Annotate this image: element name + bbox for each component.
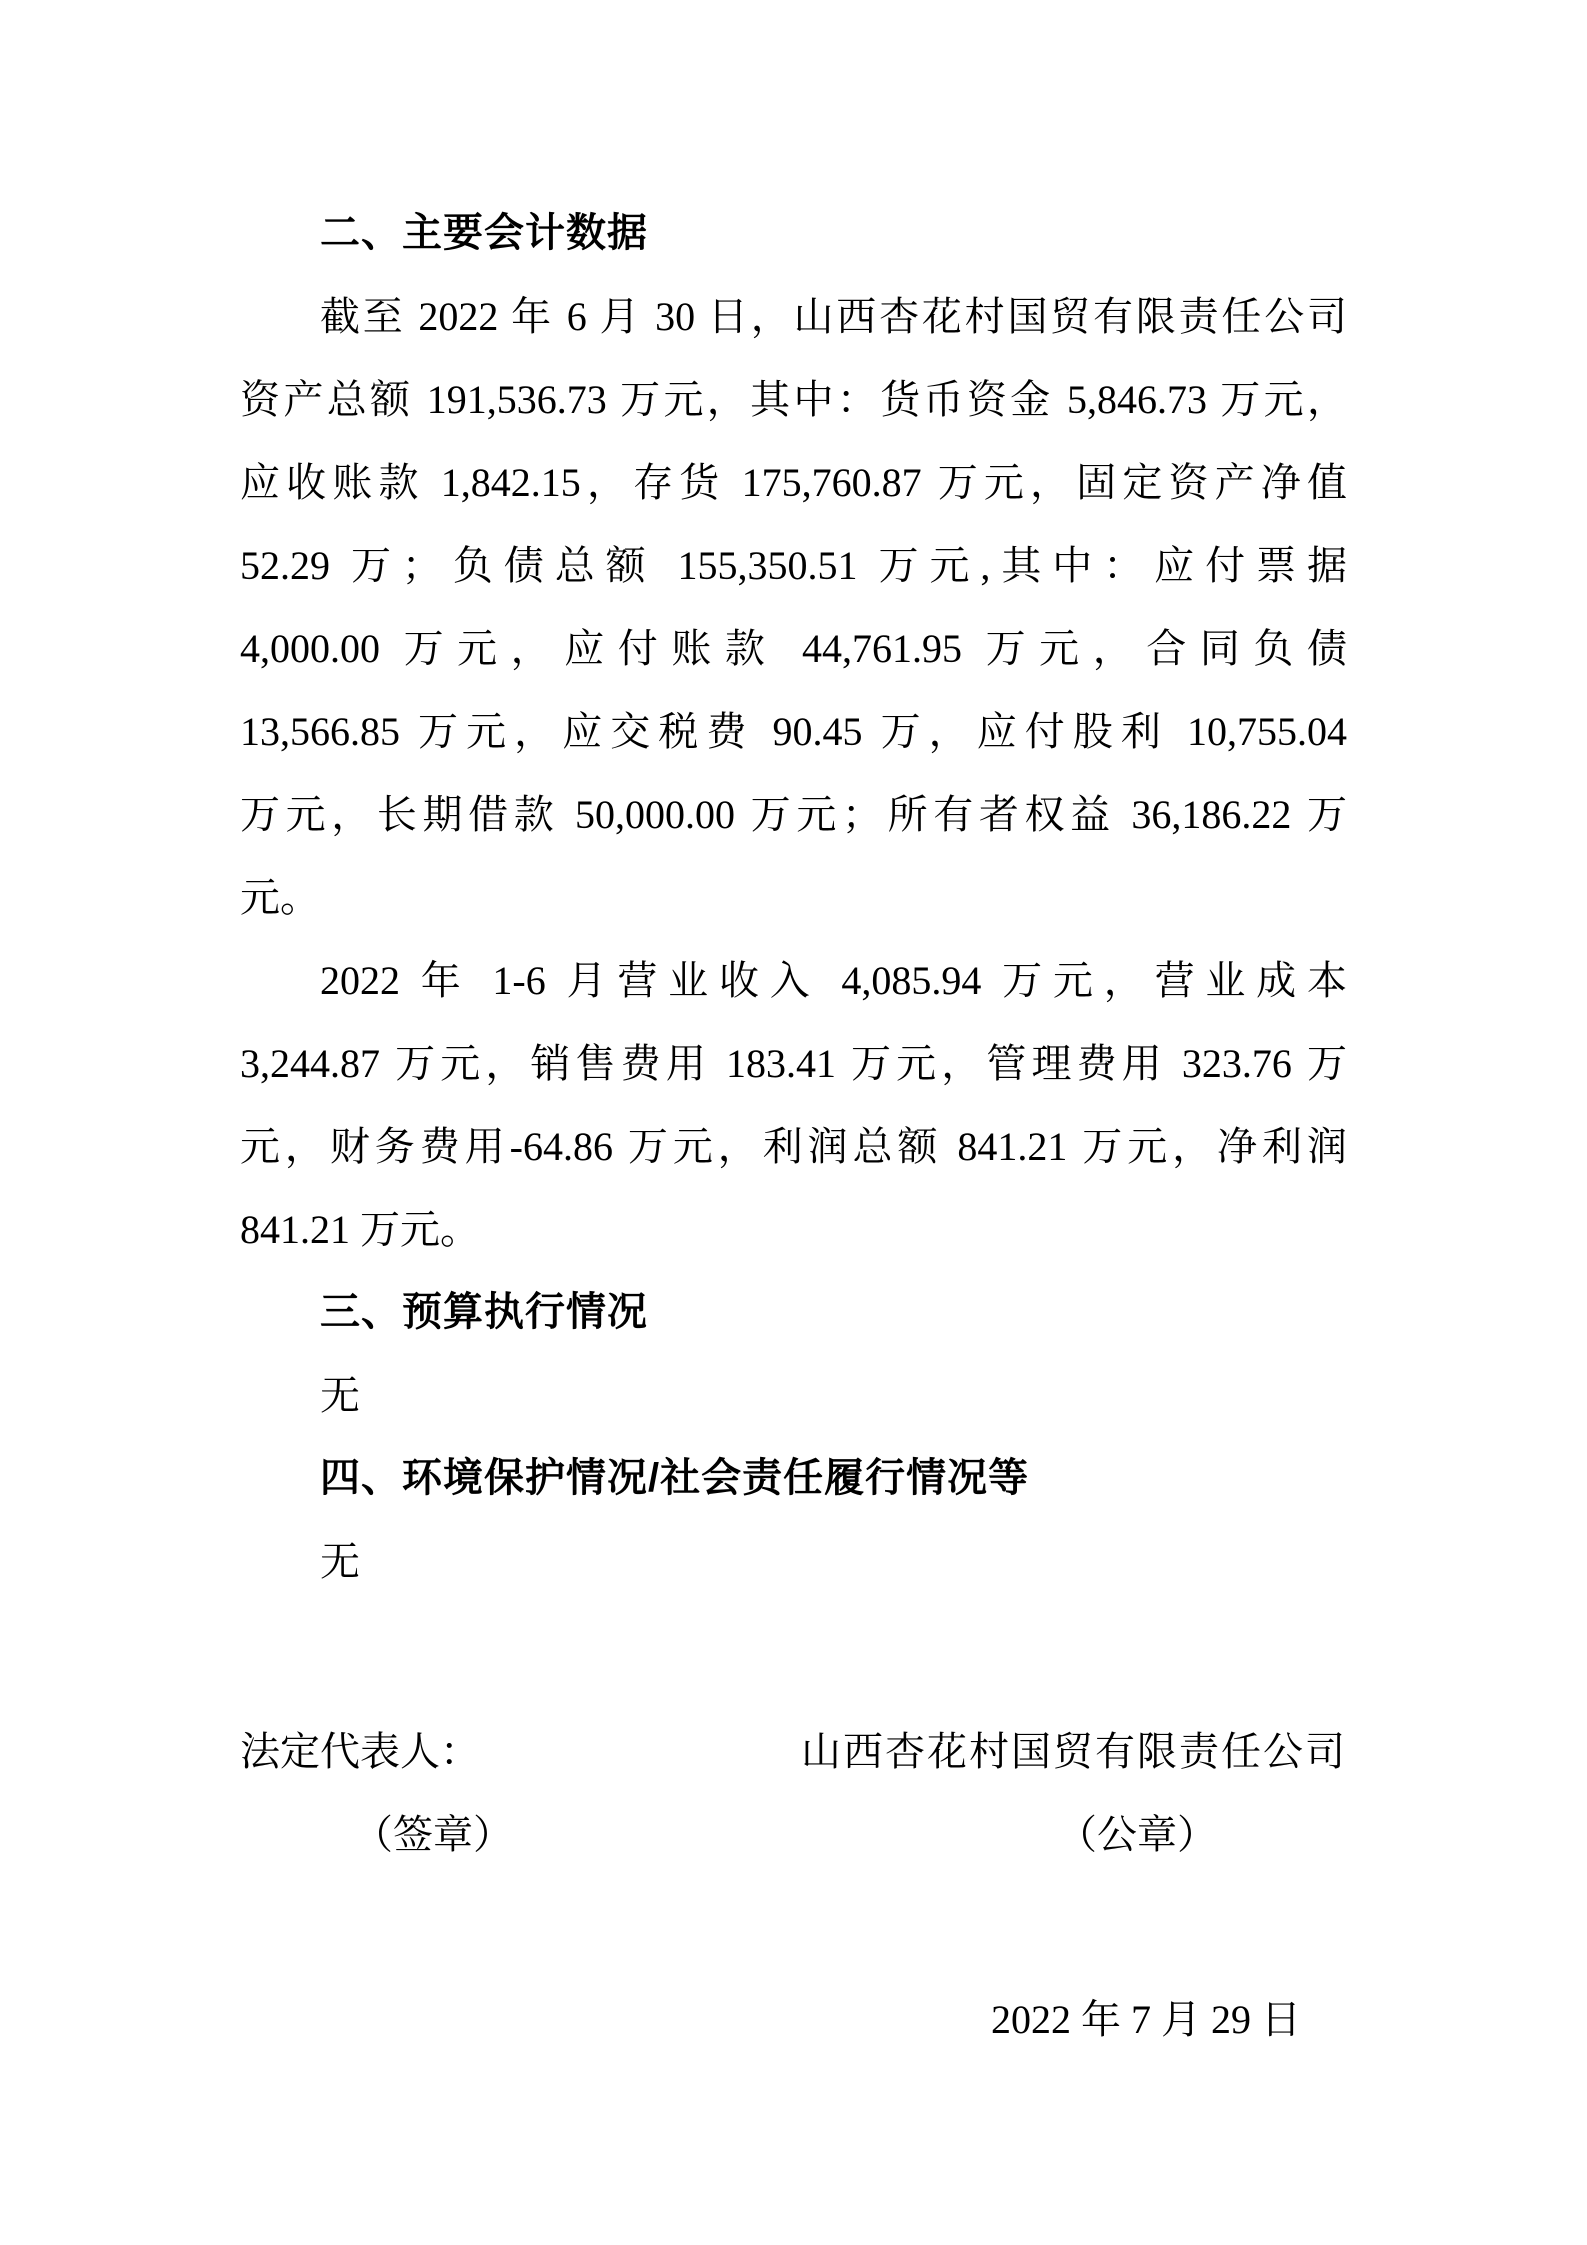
company-name: 山西杏花村国贸有限责任公司 xyxy=(801,1710,1347,1793)
paragraph-line: 资产总额 191,536.73 万元，其中：货币资金 5,846.73 万元， xyxy=(240,358,1347,441)
section-heading-environment-social: 四、环境保护情况/社会责任履行情况等 xyxy=(240,1437,1347,1520)
paragraph-line-none: 无 xyxy=(240,1520,1347,1603)
signature-row: 法定代表人： 山西杏花村国贸有限责任公司 xyxy=(240,1710,1347,1793)
seal-company-label: （公章） xyxy=(1057,1793,1217,1876)
document-body: 二、主要会计数据 截至 2022 年 6 月 30 日，山西杏花村国贸有限责任公… xyxy=(240,192,1347,2061)
section-heading-budget-execution: 三、预算执行情况 xyxy=(240,1271,1347,1354)
paragraph-line: 万元，长期借款 50,000.00 万元；所有者权益 36,186.22 万 xyxy=(240,773,1347,856)
paragraph-line: 3,244.87 万元，销售费用 183.41 万元，管理费用 323.76 万 xyxy=(240,1022,1347,1105)
paragraph-line: 2022 年 1-6 月营业收入 4,085.94 万元，营业成本 xyxy=(240,939,1347,1022)
paragraph-line: 截至 2022 年 6 月 30 日，山西杏花村国贸有限责任公司 xyxy=(240,275,1347,358)
seal-sign-label: （签章） xyxy=(353,1793,513,1876)
paragraph-line: 应收账款 1,842.15，存货 175,760.87 万元，固定资产净值 xyxy=(240,441,1347,524)
report-date: 2022 年 7 月 29 日 xyxy=(240,1978,1347,2061)
paragraph-line: 841.21 万元。 xyxy=(240,1188,1347,1271)
paragraph-line-none: 无 xyxy=(240,1354,1347,1437)
paragraph-line: 52.29 万；负债总额 155,350.51 万元,其中：应付票据 xyxy=(240,524,1347,607)
paragraph-line: 13,566.85 万元，应交税费 90.45 万，应付股利 10,755.04 xyxy=(240,690,1347,773)
paragraph-line: 元，财务费用-64.86 万元，利润总额 841.21 万元，净利润 xyxy=(240,1105,1347,1188)
paragraph-line: 元。 xyxy=(240,856,1347,939)
paragraph-line: 4,000.00 万元，应付账款 44,761.95 万元，合同负债 xyxy=(240,607,1347,690)
legal-representative-label: 法定代表人： xyxy=(240,1710,480,1793)
section-heading-accounting-data: 二、主要会计数据 xyxy=(240,192,1347,275)
document-page: 二、主要会计数据 截至 2022 年 6 月 30 日，山西杏花村国贸有限责任公… xyxy=(0,0,1587,2245)
seal-row: （签章） （公章） xyxy=(240,1793,1347,1876)
